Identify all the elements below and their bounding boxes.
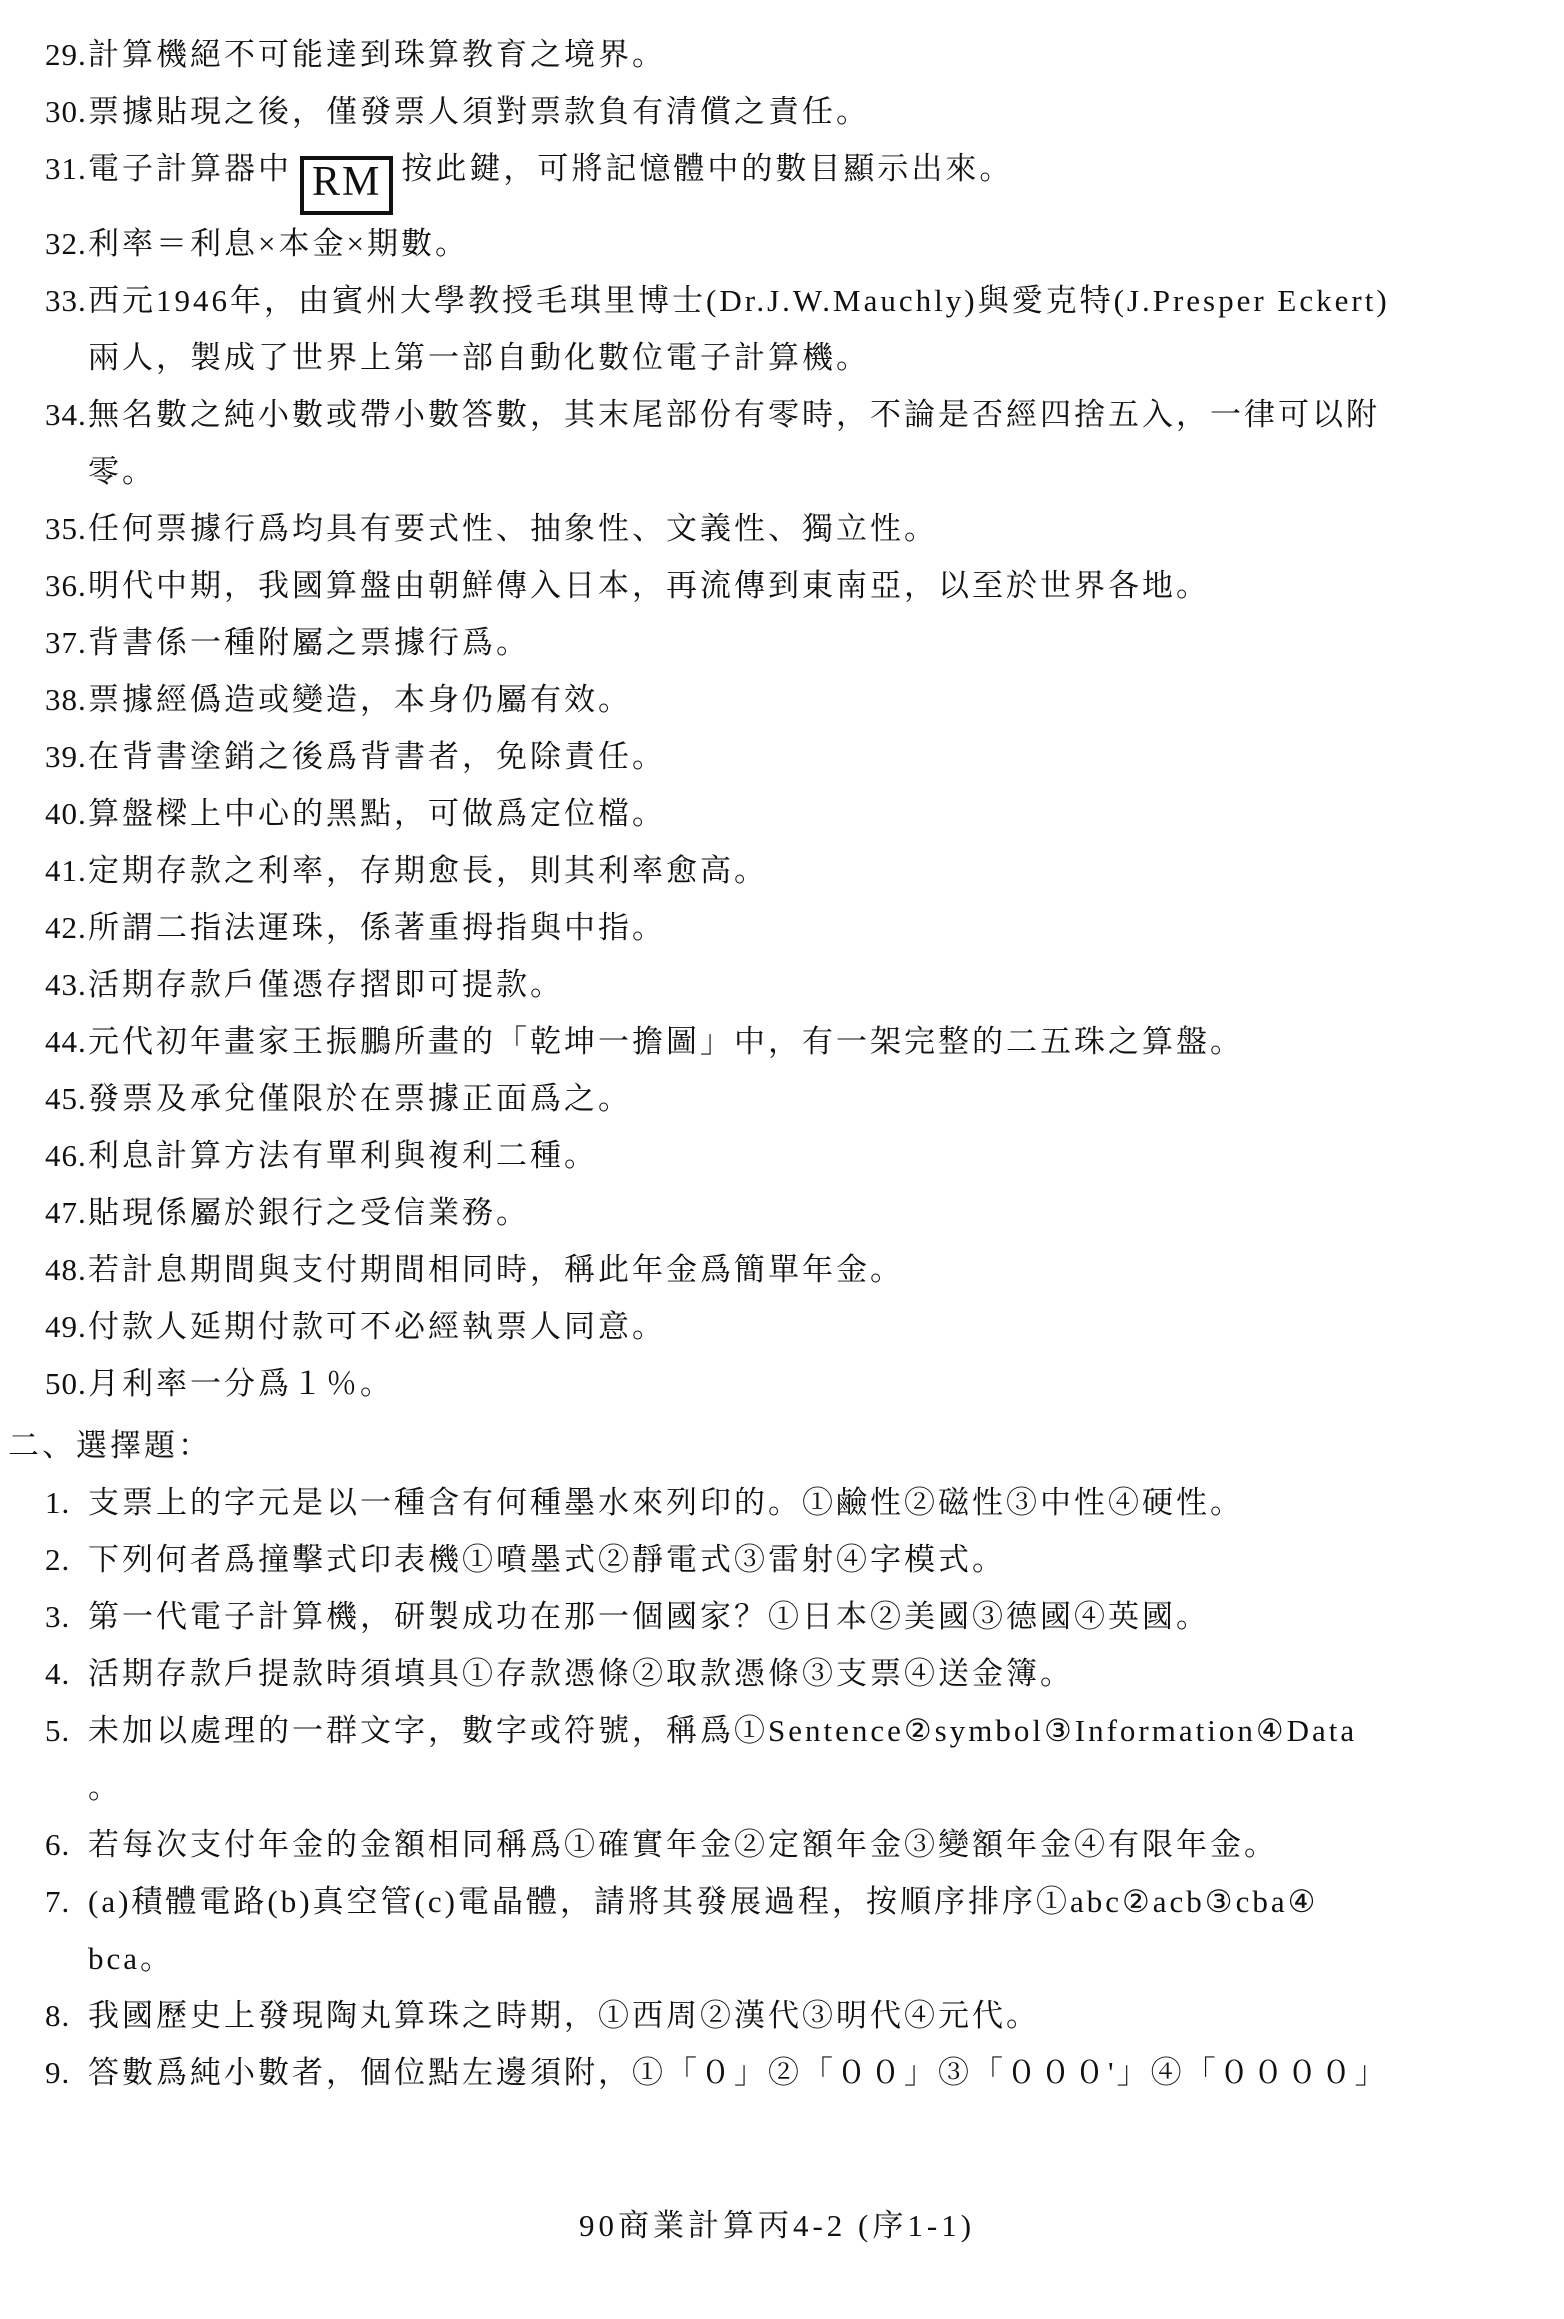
question-row: 38.票據經僞造或變造，本身仍屬有效。 (45, 671, 1509, 728)
question-text: 若計息期間與支付期間相同時，稱此年金爲簡單年金。 (88, 1241, 1509, 1298)
question-number: 2. (45, 1531, 88, 1588)
page-footer: 90商業計算丙4-2 (序1-1) (45, 2197, 1509, 2254)
question-text: 所謂二指法運珠，係著重拇指與中指。 (88, 899, 1509, 956)
question-text: 未加以處理的一群文字，數字或符號，稱爲①Sentence②symbol③Info… (88, 1702, 1509, 1816)
question-row: 39.在背書塗銷之後爲背書者，免除責任。 (45, 728, 1509, 785)
question-number: 50. (45, 1355, 88, 1412)
question-number: 4. (45, 1645, 88, 1702)
question-row: 9.答數爲純小數者，個位點左邊須附，①「０」②「００」③「０００'」④「００００… (45, 2044, 1509, 2101)
question-row: 4.活期存款戶提款時須填具①存款憑條②取款憑條③支票④送金簿。 (45, 1645, 1509, 1702)
question-row: 46.利息計算方法有單利與複利二種。 (45, 1127, 1509, 1184)
question-number: 46. (45, 1127, 88, 1184)
question-row: 40.算盤樑上中心的黑點，可做爲定位檔。 (45, 785, 1509, 842)
question-number: 33. (45, 272, 88, 329)
question-row: 37.背書係一種附屬之票據行爲。 (45, 614, 1509, 671)
rm-key-box: RM (300, 156, 393, 215)
question-number: 39. (45, 728, 88, 785)
question-number: 47. (45, 1184, 88, 1241)
question-text: 票據貼現之後，僅發票人須對票款負有清償之責任。 (88, 83, 1509, 140)
question-number: 6. (45, 1816, 88, 1873)
question-number: 3. (45, 1588, 88, 1645)
question-text: 下列何者爲撞擊式印表機①噴墨式②靜電式③雷射④字模式。 (88, 1531, 1509, 1588)
question-text: 活期存款戶提款時須填具①存款憑條②取款憑條③支票④送金簿。 (88, 1645, 1509, 1702)
question-text: 西元1946年，由賓州大學教授毛琪里博士(Dr.J.W.Mauchly)與愛克特… (88, 272, 1509, 386)
question-row: 7.(a)積體電路(b)真空管(c)電晶體，請將其發展過程，按順序排序①abc②… (45, 1873, 1509, 1987)
question-text: 任何票據行爲均具有要式性、抽象性、文義性、獨立性。 (88, 500, 1509, 557)
question-text: 在背書塗銷之後爲背書者，免除責任。 (88, 728, 1509, 785)
question-row: 30.票據貼現之後，僅發票人須對票款負有清償之責任。 (45, 83, 1509, 140)
question-row: 29.計算機絕不可能達到珠算教育之境界。 (45, 26, 1509, 83)
question-text: 若每次支付年金的金額相同稱爲①確實年金②定額年金③變額年金④有限年金。 (88, 1816, 1509, 1873)
question-text: 第一代電子計算機，研製成功在那一個國家？①日本②美國③德國④英國。 (88, 1588, 1509, 1645)
question-number: 49. (45, 1298, 88, 1355)
question-number: 35. (45, 500, 88, 557)
question-text: 計算機絕不可能達到珠算教育之境界。 (88, 26, 1509, 83)
question-row: 2.下列何者爲撞擊式印表機①噴墨式②靜電式③雷射④字模式。 (45, 1531, 1509, 1588)
question-number: 8. (45, 1987, 88, 2044)
question-number: 42. (45, 899, 88, 956)
question-number: 29. (45, 26, 88, 83)
question-number: 7. (45, 1873, 88, 1930)
question-row: 43.活期存款戶僅憑存摺即可提款。 (45, 956, 1509, 1013)
question-number: 5. (45, 1702, 88, 1759)
question-text: 利率＝利息×本金×期數。 (88, 215, 1509, 272)
question-number: 45. (45, 1070, 88, 1127)
question-row: 5.未加以處理的一群文字，數字或符號，稱爲①Sentence②symbol③In… (45, 1702, 1509, 1816)
question-number: 36. (45, 557, 88, 614)
question-row: 41.定期存款之利率，存期愈長，則其利率愈高。 (45, 842, 1509, 899)
question-number: 41. (45, 842, 88, 899)
question-row: 42.所謂二指法運珠，係著重拇指與中指。 (45, 899, 1509, 956)
question-text: 貼現係屬於銀行之受信業務。 (88, 1184, 1509, 1241)
choice-section-heading: 二、選擇題： (8, 1417, 1509, 1474)
question-row: 1.支票上的字元是以一種含有何種墨水來列印的。①鹼性②磁性③中性④硬性。 (45, 1474, 1509, 1531)
question-row: 32.利率＝利息×本金×期數。 (45, 215, 1509, 272)
question-text: 無名數之純小數或帶小數答數，其末尾部份有零時，不論是否經四捨五入，一律可以附 零… (88, 386, 1509, 500)
question-row: 45.發票及承兌僅限於在票據正面爲之。 (45, 1070, 1509, 1127)
question-text: 支票上的字元是以一種含有何種墨水來列印的。①鹼性②磁性③中性④硬性。 (88, 1474, 1509, 1531)
question-text: 月利率一分爲１％。 (88, 1355, 1509, 1412)
question-number: 40. (45, 785, 88, 842)
question-row: 31.電子計算器中RM按此鍵，可將記憶體中的數目顯示出來。 (45, 140, 1509, 215)
question-text: 明代中期，我國算盤由朝鮮傳入日本，再流傳到東南亞，以至於世界各地。 (88, 557, 1509, 614)
true-false-section: 29.計算機絕不可能達到珠算教育之境界。30.票據貼現之後，僅發票人須對票款負有… (45, 26, 1509, 1412)
question-text: 電子計算器中RM按此鍵，可將記憶體中的數目顯示出來。 (88, 140, 1509, 215)
question-text: 付款人延期付款可不必經執票人同意。 (88, 1298, 1509, 1355)
question-number: 44. (45, 1013, 88, 1070)
question-row: 33.西元1946年，由賓州大學教授毛琪里博士(Dr.J.W.Mauchly)與… (45, 272, 1509, 386)
question-row: 35.任何票據行爲均具有要式性、抽象性、文義性、獨立性。 (45, 500, 1509, 557)
question-number: 43. (45, 956, 88, 1013)
question-row: 34.無名數之純小數或帶小數答數，其末尾部份有零時，不論是否經四捨五入，一律可以… (45, 386, 1509, 500)
question-row: 36.明代中期，我國算盤由朝鮮傳入日本，再流傳到東南亞，以至於世界各地。 (45, 557, 1509, 614)
question-number: 38. (45, 671, 88, 728)
question-text: 答數爲純小數者，個位點左邊須附，①「０」②「００」③「０００'」④「００００」 (88, 2044, 1509, 2101)
question-text: 算盤樑上中心的黑點，可做爲定位檔。 (88, 785, 1509, 842)
question-number: 30. (45, 83, 88, 140)
question-number: 1. (45, 1474, 88, 1531)
choice-section: 1.支票上的字元是以一種含有何種墨水來列印的。①鹼性②磁性③中性④硬性。2.下列… (45, 1474, 1509, 2101)
question-row: 3.第一代電子計算機，研製成功在那一個國家？①日本②美國③德國④英國。 (45, 1588, 1509, 1645)
question-row: 8.我國歷史上發現陶丸算珠之時期，①西周②漢代③明代④元代。 (45, 1987, 1509, 2044)
question-row: 47.貼現係屬於銀行之受信業務。 (45, 1184, 1509, 1241)
question-text: 票據經僞造或變造，本身仍屬有效。 (88, 671, 1509, 728)
question-text: (a)積體電路(b)真空管(c)電晶體，請將其發展過程，按順序排序①abc②ac… (88, 1873, 1509, 1987)
question-text: 活期存款戶僅憑存摺即可提款。 (88, 956, 1509, 1013)
question-text: 我國歷史上發現陶丸算珠之時期，①西周②漢代③明代④元代。 (88, 1987, 1509, 2044)
question-number: 9. (45, 2044, 88, 2101)
question-text: 利息計算方法有單利與複利二種。 (88, 1127, 1509, 1184)
question-text: 背書係一種附屬之票據行爲。 (88, 614, 1509, 671)
question-number: 31. (45, 140, 88, 197)
question-row: 44.元代初年畫家王振鵬所畫的「乾坤一擔圖」中，有一架完整的二五珠之算盤。 (45, 1013, 1509, 1070)
question-number: 34. (45, 386, 88, 443)
question-row: 48.若計息期間與支付期間相同時，稱此年金爲簡單年金。 (45, 1241, 1509, 1298)
question-text: 元代初年畫家王振鵬所畫的「乾坤一擔圖」中，有一架完整的二五珠之算盤。 (88, 1013, 1509, 1070)
question-row: 6.若每次支付年金的金額相同稱爲①確實年金②定額年金③變額年金④有限年金。 (45, 1816, 1509, 1873)
question-number: 37. (45, 614, 88, 671)
question-text: 發票及承兌僅限於在票據正面爲之。 (88, 1070, 1509, 1127)
question-text: 定期存款之利率，存期愈長，則其利率愈高。 (88, 842, 1509, 899)
document-page: 29.計算機絕不可能達到珠算教育之境界。30.票據貼現之後，僅發票人須對票款負有… (0, 0, 1564, 2319)
question-row: 50.月利率一分爲１％。 (45, 1355, 1509, 1412)
question-number: 32. (45, 215, 88, 272)
question-number: 48. (45, 1241, 88, 1298)
question-row: 49.付款人延期付款可不必經執票人同意。 (45, 1298, 1509, 1355)
